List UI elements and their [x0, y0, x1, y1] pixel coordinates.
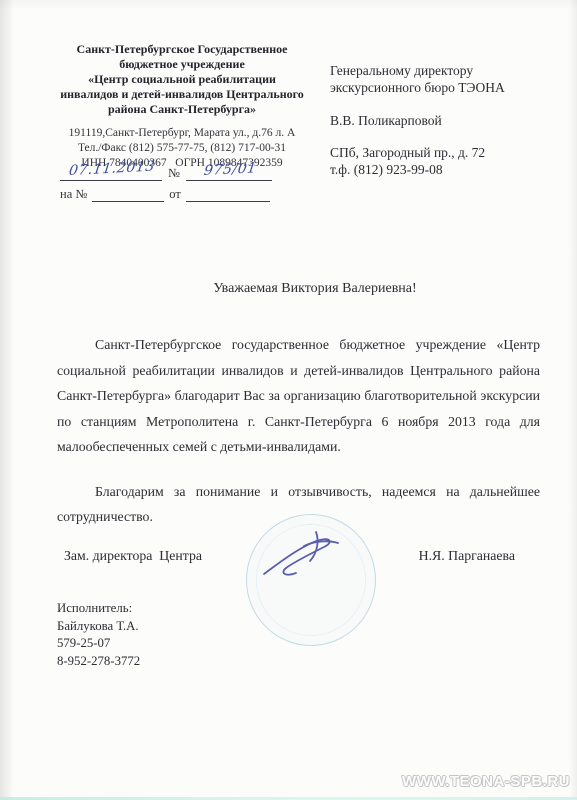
reply-number-underline	[92, 184, 164, 202]
org-name-line: Санкт-Петербургское Государственное	[38, 42, 326, 57]
signer-name: Н.Я. Парганаева	[419, 548, 515, 564]
number-sign-label: №	[168, 166, 180, 181]
reply-from-label: от	[169, 187, 181, 202]
executor-phone-1: 579-25-07	[57, 635, 140, 653]
executor-block: Исполнитель: Байлукова Т.А. 579-25-07 8-…	[57, 600, 140, 670]
scanned-letter-page: Санкт-Петербургское Государственное бюдж…	[0, 0, 577, 800]
site-watermark: WWW.TEONA-SPB.RU	[402, 773, 570, 790]
executor-name: Байлукова Т.А.	[57, 618, 140, 636]
recipient-block: Генеральному директору экскурсионного бю…	[330, 62, 505, 178]
org-address: 191119,Санкт-Петербург, Марата ул., д.76…	[38, 126, 326, 141]
org-name-line: бюджетное учреждение	[38, 57, 326, 72]
number-underline: 975/01	[186, 163, 272, 181]
handwritten-number: 975/01	[203, 160, 258, 179]
org-name-line: инвалидов и детей-инвалидов Центрального	[38, 87, 326, 102]
body-paragraph-1: Санкт-Петербургское государственное бюдж…	[57, 332, 540, 460]
signer-position: Зам. директора Центра	[64, 548, 202, 564]
recipient-title-line: экскурсионного бюро ТЭОНА	[330, 79, 505, 96]
recipient-title-line: Генеральному директору	[330, 62, 505, 79]
executor-label: Исполнитель:	[57, 600, 140, 618]
date-underline: 07.11.2013	[60, 163, 162, 181]
reference-block: 07.11.2013 № 975/01 на № от	[60, 163, 310, 202]
letterhead-org-block: Санкт-Петербургское Государственное бюдж…	[38, 42, 326, 171]
letter-body: Санкт-Петербургское государственное бюдж…	[57, 332, 540, 530]
reference-reply-row: на № от	[60, 184, 310, 202]
handwritten-date: 07.11.2013	[68, 159, 156, 179]
executor-phone-2: 8-952-278-3772	[57, 653, 140, 671]
org-phone-fax: Тел./Факс (812) 575-77-75, (812) 717-00-…	[38, 141, 326, 156]
reference-date-row: 07.11.2013 № 975/01	[60, 163, 310, 181]
org-name-line: района Санкт-Петербурга»	[38, 102, 326, 117]
reply-date-underline	[186, 184, 270, 202]
handwritten-signature	[258, 528, 368, 592]
reply-prefix-label: на №	[60, 187, 87, 202]
org-name-line: «Центр социальной реабилитации	[38, 72, 326, 87]
recipient-name: В.В. Поликарповой	[330, 112, 505, 129]
recipient-phone: т.ф. (812) 923-99-08	[330, 161, 505, 178]
recipient-address: СПб, Загородный пр., д. 72	[330, 144, 505, 161]
salutation: Уважаемая Виктория Валериевна!	[100, 281, 530, 297]
